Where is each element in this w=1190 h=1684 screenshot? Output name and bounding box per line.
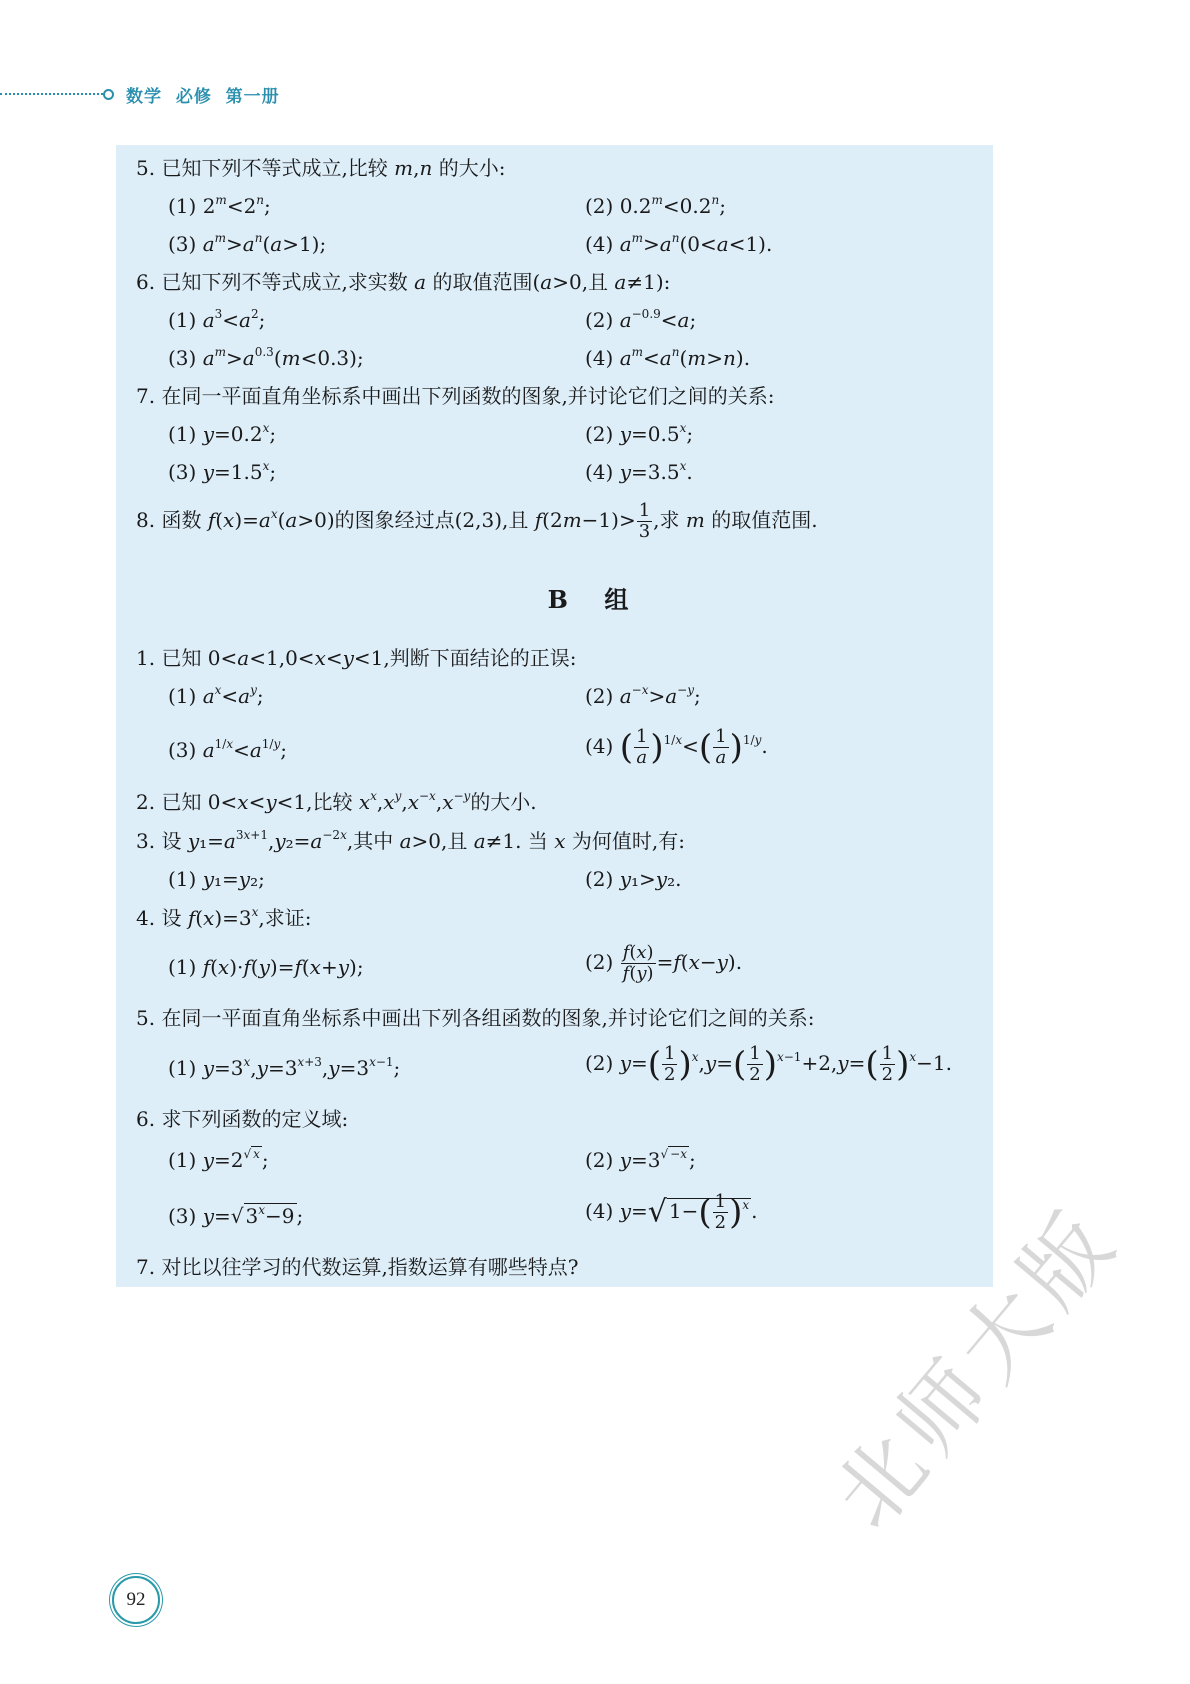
- a-q6-stem: 6. 已知下列不等式成立,求实数 a 的取值范围(a>0,且 a≠1):: [136, 269, 670, 295]
- b-q6-item-2: (2) y=3√−x;: [585, 1147, 696, 1173]
- b-q1-item-4: (4) (1a)1/x<(1a)1/y.: [585, 728, 768, 767]
- a-q6-item-3: (3) am>a0.3(m<0.3);: [168, 345, 364, 371]
- b-q5-stem: 5. 在同一平面直角坐标系中画出下列各组函数的图象,并讨论它们之间的关系:: [136, 1005, 815, 1031]
- b-q6-item-4: (4) y=√1−(12)x.: [585, 1193, 758, 1232]
- a-q5-item-1: (1) 2m<2n;: [168, 193, 271, 219]
- b-q6-stem: 6. 求下列函数的定义域:: [136, 1106, 348, 1132]
- running-header: 数学 必修 第一册: [0, 82, 400, 106]
- b-q3-item-2: (2) y₁>y₂.: [585, 866, 681, 892]
- b-q2-stem: 2. 已知 0<x<y<1,比较 xx,xy,x−x,x−y的大小.: [136, 789, 537, 815]
- b-q5-item-1: (1) y=3x,y=3x+3,y=3x−1;: [168, 1055, 400, 1081]
- a-q7-stem: 7. 在同一平面直角坐标系中画出下列函数的图象,并讨论它们之间的关系:: [136, 383, 775, 409]
- b-q7-stem: 7. 对比以往学习的代数运算,指数运算有哪些特点?: [136, 1254, 579, 1280]
- b-q4-item-1: (1) f(x)·f(y)=f(x+y);: [168, 954, 364, 980]
- b-q6-item-1: (1) y=2√x;: [168, 1147, 269, 1173]
- b-q3-item-1: (1) y₁=y₂;: [168, 866, 265, 892]
- book-title: 数学 必修 第一册: [126, 82, 280, 107]
- a-q5-stem: 5. 已知下列不等式成立,比较 m,n 的大小:: [136, 155, 506, 181]
- a-q7-item-3: (3) y=1.5x;: [168, 459, 276, 485]
- b-q1-item-3: (3) a1/x<a1/y;: [168, 737, 287, 763]
- b-q1-item-2: (2) a−x>a−y;: [585, 683, 701, 709]
- a-q6-item-4: (4) am<an(m>n).: [585, 345, 750, 371]
- a-q7-item-2: (2) y=0.5x;: [585, 421, 693, 447]
- a-q5-item-3: (3) am>an(a>1);: [168, 231, 326, 257]
- b-q1-stem: 1. 已知 0<a<1,0<x<y<1,判断下面结论的正误:: [136, 645, 577, 671]
- b-q5-item-2: (2) y=(12)x,y=(12)x−1+2,y=(12)x−1.: [585, 1045, 952, 1084]
- a-q6-item-2: (2) a−0.9<a;: [585, 307, 696, 333]
- b-q3-stem: 3. 设 y₁=a3x+1,y₂=a−2x,其中 a>0,且 a≠1. 当 x …: [136, 828, 685, 854]
- a-q6-item-1: (1) a3<a2;: [168, 307, 265, 333]
- group-b-heading: B 组: [0, 580, 1190, 615]
- b-q6-item-3: (3) y=√3x−9;: [168, 1203, 303, 1229]
- a-q8-stem: 8. 函数 f(x)=ax(a>0)的图象经过点(2,3),且 f(2m−1)>…: [136, 502, 818, 541]
- a-q5-item-4: (4) am>an(0<a<1).: [585, 231, 772, 257]
- b-q4-stem: 4. 设 f(x)=3x,求证:: [136, 905, 312, 931]
- dotted-rule: [0, 93, 103, 95]
- b-q4-item-2: (2) f(x)f(y)=f(x−y).: [585, 944, 742, 983]
- page-number: 92: [112, 1576, 160, 1624]
- a-q7-item-1: (1) y=0.2x;: [168, 421, 276, 447]
- a-q5-item-2: (2) 0.2m<0.2n;: [585, 193, 726, 219]
- a-q7-item-4: (4) y=3.5x.: [585, 459, 693, 485]
- b-q1-item-1: (1) ax<ay;: [168, 683, 264, 709]
- ring-ornament-icon: [103, 89, 114, 100]
